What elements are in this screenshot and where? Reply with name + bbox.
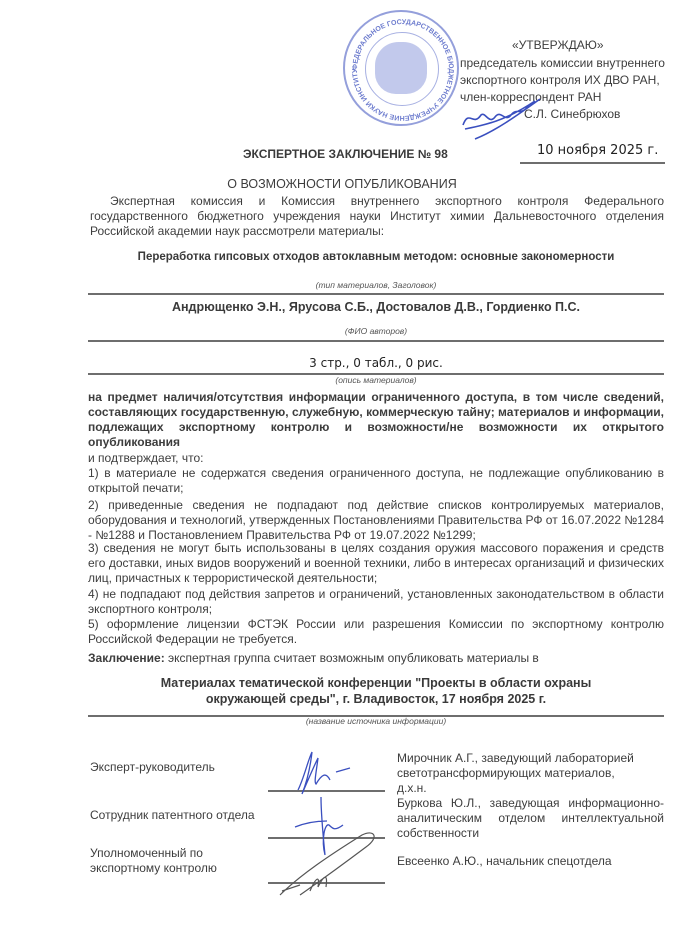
approval-line-2: экспортного контроля ИХ ДВО РАН, xyxy=(460,73,660,88)
authors: Андрющенко Э.Н., Ярусова С.Б., Достовало… xyxy=(88,300,664,314)
svg-text:ФЕДЕРАЛЬНОЕ ГОСУДАРСТВЕННОЕ БЮ: ФЕДЕРАЛЬНОЕ ГОСУДАРСТВЕННОЕ БЮДЖЕТНОЕ УЧ… xyxy=(342,5,454,121)
intro-paragraph: Экспертная комиссия и Комиссия внутренне… xyxy=(90,194,664,239)
approval-heading: «УТВЕРЖДАЮ» xyxy=(512,38,604,53)
point-4: 4) не подпадают под действия запретов и … xyxy=(88,587,664,617)
stamp-text-ring: ФЕДЕРАЛЬНОЕ ГОСУДАРСТВЕННОЕ БЮДЖЕТНОЕ УЧ… xyxy=(345,12,461,128)
point-5: 5) оформление лицензии ФСТЭК России или … xyxy=(88,617,664,647)
point-1: 1) в материале не содержатся сведения ог… xyxy=(88,466,664,496)
conclusion-label: Заключение: xyxy=(88,651,165,665)
document-title: ЭКСПЕРТНОЕ ЗАКЛЮЧЕНИЕ № 98 xyxy=(243,147,448,161)
authors-rule xyxy=(88,340,664,342)
document-subtitle: О ВОЗМОЖНОСТИ ОПУБЛИКОВАНИЯ xyxy=(0,177,684,192)
date-underline xyxy=(520,162,665,164)
signature-person-3: Евсеенко А.Ю., начальник спецотдела xyxy=(397,854,612,869)
title-rule xyxy=(88,293,664,295)
signature-person-1: Мирочник А.Г., заведующий лабораторией с… xyxy=(397,751,647,796)
source-line-1: Материалах тематической конференции "Про… xyxy=(88,675,664,691)
confirms-label: и подтверждает, что: xyxy=(88,451,203,466)
source-line-2: окружающей среды", г. Владивосток, 17 но… xyxy=(88,691,664,707)
material-title-caption: (тип материалов, Заголовок) xyxy=(88,280,664,290)
signature-person-2: Буркова Ю.Л., заведующая информационно-а… xyxy=(397,796,664,841)
material-description: 3 стр., 0 табл., 0 рис. xyxy=(88,356,664,370)
authors-caption: (ФИО авторов) xyxy=(88,326,664,336)
publication-source: Материалах тематической конференции "Про… xyxy=(88,675,664,707)
point-3: 3) сведения не могут быть использованы в… xyxy=(88,541,664,586)
official-stamp: ФЕДЕРАЛЬНОЕ ГОСУДАРСТВЕННОЕ БЮДЖЕТНОЕ УЧ… xyxy=(343,10,459,126)
source-caption: (название источника информации) xyxy=(88,716,664,726)
subject-paragraph: на предмет наличия/отсутствия информации… xyxy=(88,390,664,450)
point-2: 2) приведенные сведения не подпадают под… xyxy=(88,498,664,543)
description-caption: (опись материалов) xyxy=(88,375,664,385)
signature-role-3: Уполномоченный по экспортному контролю xyxy=(90,846,240,876)
expert-signature xyxy=(290,750,370,800)
signature-role-2: Сотрудник патентного отдела xyxy=(90,808,255,823)
conclusion-paragraph: Заключение: экспертная группа считает во… xyxy=(88,651,539,666)
approver-signature xyxy=(455,95,545,145)
document-date: 10 ноября 2025 г. xyxy=(537,143,658,158)
signature-role-1: Эксперт-руководитель xyxy=(90,760,215,775)
material-title: Переработка гипсовых отходов автоклавным… xyxy=(88,251,664,263)
approval-line-1: председатель комиссии внутреннего xyxy=(460,56,665,71)
export-control-signature xyxy=(270,825,390,900)
conclusion-text: экспертная группа считает возможным опуб… xyxy=(165,651,539,665)
